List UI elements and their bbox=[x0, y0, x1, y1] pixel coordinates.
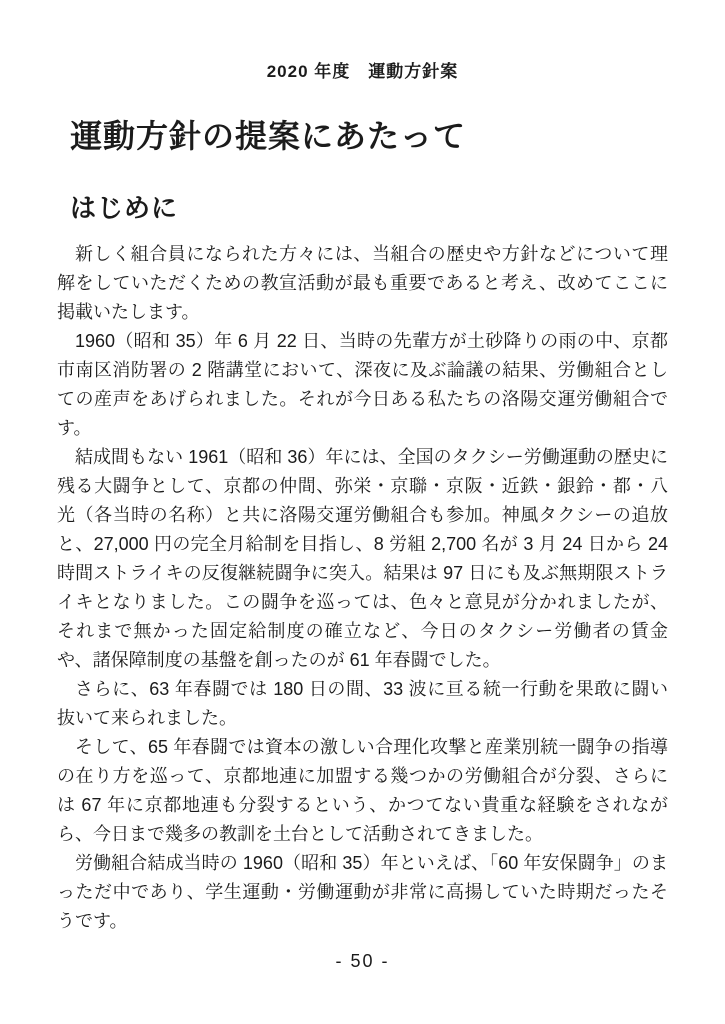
paragraph: 労働組合結成当時の 1960（昭和 35）年といえば、「60 年安保闘争」のまっ… bbox=[57, 849, 668, 936]
document-header: 2020 年度 運動方針案 bbox=[57, 60, 668, 84]
document-title: 運動方針の提案にあたって bbox=[70, 115, 668, 157]
paragraph: 新しく組合員になられた方々には、当組合の歴史や方針などについて理解をしていただく… bbox=[57, 240, 668, 327]
paragraph: 1960（昭和 35）年 6 月 22 日、当時の先輩方が土砂降りの雨の中、京都… bbox=[57, 327, 668, 443]
section-heading: はじめに bbox=[70, 190, 668, 226]
paragraph: 結成間もない 1961（昭和 36）年には、全国のタクシー労働運動の歴史に残る大… bbox=[57, 443, 668, 675]
paragraph: さらに、63 年春闘では 180 日の間、33 波に亘る統一行動を果敢に闘い抜い… bbox=[57, 675, 668, 733]
page-number: - 50 - bbox=[0, 948, 725, 974]
document-page: 2020 年度 運動方針案 運動方針の提案にあたって はじめに 新しく組合員にな… bbox=[0, 0, 725, 1024]
paragraph: そして、65 年春闘では資本の激しい合理化攻撃と産業別統一闘争の指導の在り方を巡… bbox=[57, 733, 668, 849]
section-body: 新しく組合員になられた方々には、当組合の歴史や方針などについて理解をしていただく… bbox=[57, 240, 668, 936]
